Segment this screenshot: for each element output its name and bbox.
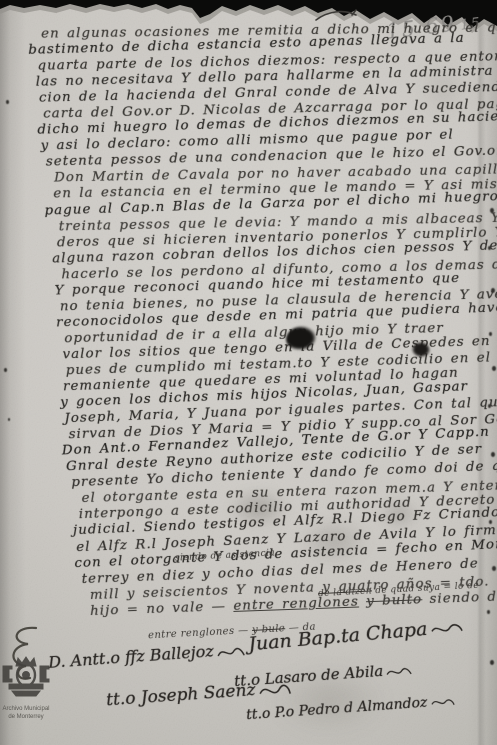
signature-rubric — [429, 619, 464, 638]
stamp-text-line2: de Monterrey — [8, 714, 43, 720]
ink-speck — [8, 418, 10, 421]
signature-juan-bautista-chapa: Juan Bap.ta Chapa — [247, 615, 464, 656]
signature-rubric — [257, 679, 292, 699]
signature-text: D. Antt.o ffz Ballejoz — [48, 641, 215, 672]
signature-antonio-fernandez-vallejo: D. Antt.o ffz Ballejoz — [48, 639, 247, 672]
signature-text: tt.o P.o Pedro d Almandoz — [246, 695, 428, 724]
signature-rubric — [385, 663, 414, 679]
signature-rubric — [215, 642, 246, 660]
ink-speck — [6, 100, 9, 104]
manuscript-lines: en algunas ocasiones me remitia a dicho … — [16, 20, 497, 620]
archive-stamp: Archivo Municipal de Monterrey — [0, 652, 56, 730]
signature-text: tt.o Joseph Saenz — [106, 680, 257, 710]
signature-rubric — [429, 694, 456, 710]
stamp-text-line1: Archivo Municipal — [2, 706, 49, 712]
ink-speck — [4, 368, 7, 372]
manuscript-page-scan: 15 6915 en algunas ocasiones me remitia … — [0, 0, 497, 745]
ink-speck — [490, 660, 494, 665]
